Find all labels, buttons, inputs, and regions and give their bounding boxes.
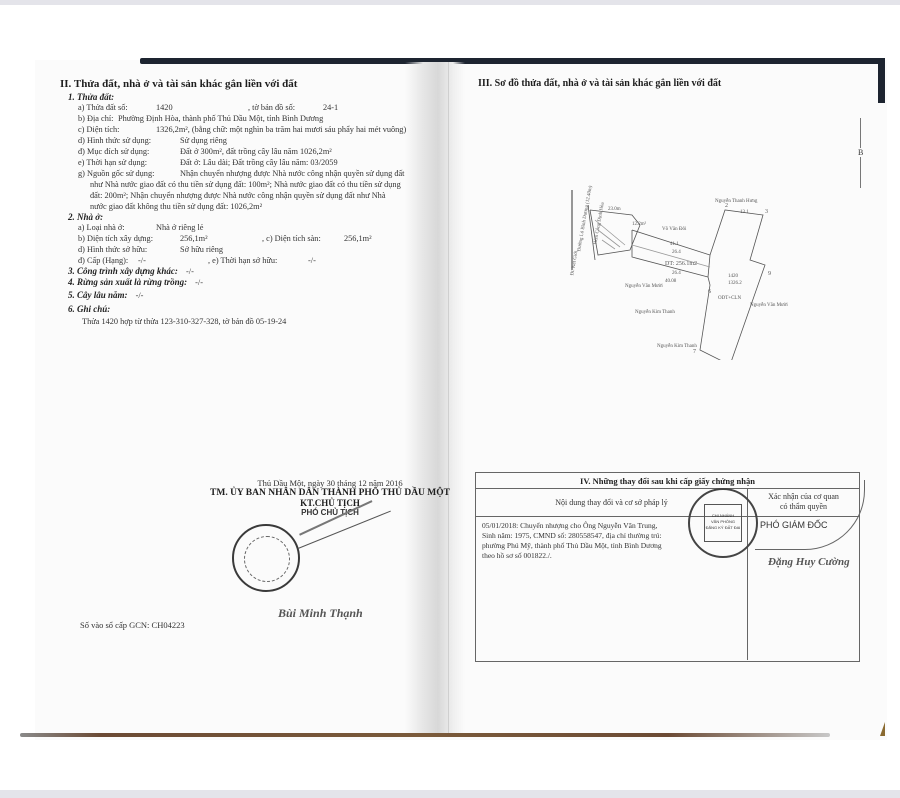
svg-text:26.4: 26.4: [672, 271, 681, 276]
svg-text:DT: 256.1m2: DT: 256.1m2: [665, 261, 697, 267]
section-ii-title: II. Thửa đất, nhà ở và tài sản khác gắn …: [60, 78, 450, 90]
floor-area-label: , c) Diện tích sàn:: [262, 233, 344, 244]
use-form-value: Sử dụng riêng: [180, 135, 227, 146]
map-sheet-label: , tờ bản đồ số:: [248, 102, 323, 113]
purpose-label: đ) Mục đích sử dụng:: [78, 146, 180, 157]
purpose-row: đ) Mục đích sử dụng:Đất ở 300m², đất trồ…: [78, 146, 450, 157]
forest-heading: 4. Rừng sản xuất là rừng trồng:: [68, 277, 187, 287]
term-row: e) Thời hạn sử dụng:Đất ở: Lâu dài; Đất …: [78, 157, 450, 168]
floor-area-value: 256,1m²: [344, 233, 372, 244]
other-works-row: 3. Công trình xây dựng khác: -/-: [68, 266, 450, 277]
use-form-row: d) Hình thức sử dụng:Sử dụng riêng: [78, 135, 450, 146]
purpose-value: Đất ở 300m², đất trồng cây lâu năm 1026,…: [180, 146, 332, 157]
svg-text:Nguyễn Văn Mười: Nguyễn Văn Mười: [750, 302, 788, 308]
term-label: e) Thời hạn sử dụng:: [78, 157, 180, 168]
perennial-heading: 5. Cây lâu năm:: [68, 290, 128, 300]
area-value: 1326,2m², (bằng chữ: một nghìn ba trăm h…: [156, 124, 406, 135]
build-area-row: b) Diện tích xây dựng:256,1m², c) Diện t…: [78, 233, 450, 244]
change-entry-line-4: theo hồ sơ số 001822./.: [482, 551, 741, 561]
svg-text:Nguyễn Văn Mười: Nguyễn Văn Mười: [625, 283, 663, 289]
parcel-number-label: a) Thửa đất số:: [78, 102, 156, 113]
parcel-number-row: a) Thửa đất số:1420, tờ bản đồ số:24-1: [78, 102, 450, 113]
ownership-row: d) Hình thức sở hữu:Sở hữu riêng: [78, 244, 450, 255]
house-heading: 2. Nhà ở:: [68, 212, 450, 222]
use-form-label: d) Hình thức sử dụng:: [78, 135, 180, 146]
forest-value: -/-: [195, 277, 203, 288]
left-page: II. Thửa đất, nhà ở và tài sản khác gắn …: [60, 78, 450, 327]
origin-line-2: như Nhà nước giao đất có thu tiền sử dụn…: [78, 179, 450, 190]
office-stamp-text: CHI NHÁNH VĂN PHÒNG ĐĂNG KÝ ĐẤT ĐAI: [704, 504, 742, 542]
origin-row: g) Nguồn gốc sử dụng:Nhận chuyển nhượng …: [78, 168, 450, 179]
grade-value: -/-: [138, 255, 208, 266]
official-seal-icon: [232, 524, 300, 592]
origin-line-4: nước giao đất không thu tiền sử dụng đất…: [78, 201, 450, 212]
ownership-value: Sở hữu riêng: [180, 244, 223, 255]
margin-mark: B: [857, 148, 864, 157]
forest-row: 4. Rừng sản xuất là rừng trồng: -/-: [68, 277, 450, 288]
ownership-label: d) Hình thức sở hữu:: [78, 244, 180, 255]
svg-text:ODT+CLN: ODT+CLN: [718, 296, 741, 301]
svg-text:Nguyễn Thanh Hưng: Nguyễn Thanh Hưng: [715, 198, 758, 204]
parcel-number-value: 1420: [156, 102, 248, 113]
svg-text:40.08: 40.08: [665, 279, 677, 284]
notes-text: Thửa 1420 hợp từ thửa 123-310-327-328, t…: [68, 316, 450, 327]
document-right-edge: [878, 58, 885, 103]
svg-text:9: 9: [768, 271, 771, 277]
address-value: Phường Định Hòa, thành phố Thủ Dầu Một, …: [118, 113, 323, 124]
origin-line-1: Nhận chuyển nhượng được Nhà nước công nh…: [180, 168, 404, 179]
svg-text:1326.2: 1326.2: [728, 281, 742, 286]
svg-text:41.1: 41.1: [670, 242, 679, 247]
svg-text:13.1: 13.1: [740, 210, 749, 215]
other-works-heading: 3. Công trình xây dựng khác:: [68, 266, 178, 276]
area-label: c) Diện tích:: [78, 124, 156, 135]
build-area-value: 256,1m²: [180, 233, 262, 244]
svg-text:Nguyễn Kim Thanh: Nguyễn Kim Thanh: [635, 309, 675, 315]
land-heading: 1. Thửa đất:: [68, 92, 450, 102]
svg-text:2: 2: [725, 203, 728, 209]
parcel-diagram: Đường Lò Bình Dương (12.40m) Hẻm Công Đị…: [560, 185, 810, 360]
section-iii-title: III. Sơ đồ thửa đất, nhà ở và tài sản kh…: [478, 78, 858, 89]
notes-heading: 6. Ghi chú:: [68, 304, 450, 314]
approver-title: PHÓ GIÁM ĐỐC: [760, 520, 828, 530]
map-sheet-value: 24-1: [323, 102, 338, 113]
address-label: b) Địa chỉ:: [78, 113, 118, 124]
corner-mark: [880, 722, 885, 736]
own-term-value: -/-: [308, 255, 316, 266]
signer-name: Bùi Minh Thạnh: [278, 606, 363, 621]
bottom-frame-bar: [0, 790, 900, 798]
office-stamp-icon: CHI NHÁNH VĂN PHÒNG ĐĂNG KÝ ĐẤT ĐAI: [688, 488, 758, 558]
certificate-registry-number: Số vào sổ cấp GCN: CH04223: [80, 620, 185, 630]
document-bottom-edge: [20, 733, 830, 737]
house-type-row: a) Loại nhà ở:Nhà ở riêng lẻ: [78, 222, 450, 233]
svg-text:Hẻm Công Định Hòa: Hẻm Công Định Hòa: [593, 201, 605, 245]
perennial-value: -/-: [136, 290, 144, 301]
house-type-label: a) Loại nhà ở:: [78, 222, 156, 233]
right-page: III. Sơ đồ thửa đất, nhà ở và tài sản kh…: [478, 78, 858, 89]
other-works-value: -/-: [186, 266, 194, 277]
area-row: c) Diện tích:1326,2m², (bằng chữ: một ng…: [78, 124, 450, 135]
approver-name: Đặng Huy Cường: [768, 556, 850, 568]
svg-text:7: 7: [693, 349, 696, 355]
svg-text:6: 6: [708, 289, 711, 295]
signature-title: KT.CHỦ TỊCH: [200, 498, 460, 508]
svg-text:Võ Văn Đôi: Võ Văn Đôi: [662, 227, 687, 232]
signature-date: Thủ Dầu Một, ngày 30 tháng 12 năm 2016: [200, 478, 460, 488]
origin-label: g) Nguồn gốc sử dụng:: [78, 168, 180, 179]
address-row: b) Địa chỉ:Phường Định Hòa, thành phố Th…: [78, 113, 450, 124]
origin-line-3: đất: 200m²; Nhận chuyển nhượng được Nhà …: [78, 190, 450, 201]
build-area-label: b) Diện tích xây dựng:: [78, 233, 180, 244]
svg-text:23.0m: 23.0m: [608, 207, 621, 212]
svg-text:3: 3: [765, 209, 768, 215]
svg-text:12.2m²: 12.2m²: [632, 221, 647, 227]
house-type-value: Nhà ở riêng lẻ: [156, 222, 203, 233]
svg-text:Nguyễn Kim Thanh: Nguyễn Kim Thanh: [657, 343, 697, 349]
signature-block: Thủ Dầu Một, ngày 30 tháng 12 năm 2016 T…: [200, 478, 460, 517]
top-frame-bar: [0, 0, 900, 5]
document-top-edge: [140, 58, 885, 64]
term-value: Đất ở: Lâu dài; Đất trồng cây lâu năm: 0…: [180, 157, 338, 168]
signature-subtitle: PHÓ CHỦ TỊCH: [200, 508, 460, 517]
own-term-label: , e) Thời hạn sở hữu:: [208, 255, 308, 266]
signature-organization: TM. ỦY BAN NHÂN DÂN THÀNH PHỐ THỦ DẦU MỘ…: [200, 488, 460, 498]
grade-label: đ) Cấp (Hạng):: [78, 255, 138, 266]
perennial-row: 5. Cây lâu năm: -/-: [68, 290, 450, 301]
stamp-line-3: ĐĂNG KÝ ĐẤT ĐAI: [705, 525, 741, 531]
grade-row: đ) Cấp (Hạng):-/-, e) Thời hạn sở hữu:-/…: [78, 255, 450, 266]
svg-text:26.4: 26.4: [672, 250, 681, 255]
svg-text:1420: 1420: [728, 274, 739, 279]
